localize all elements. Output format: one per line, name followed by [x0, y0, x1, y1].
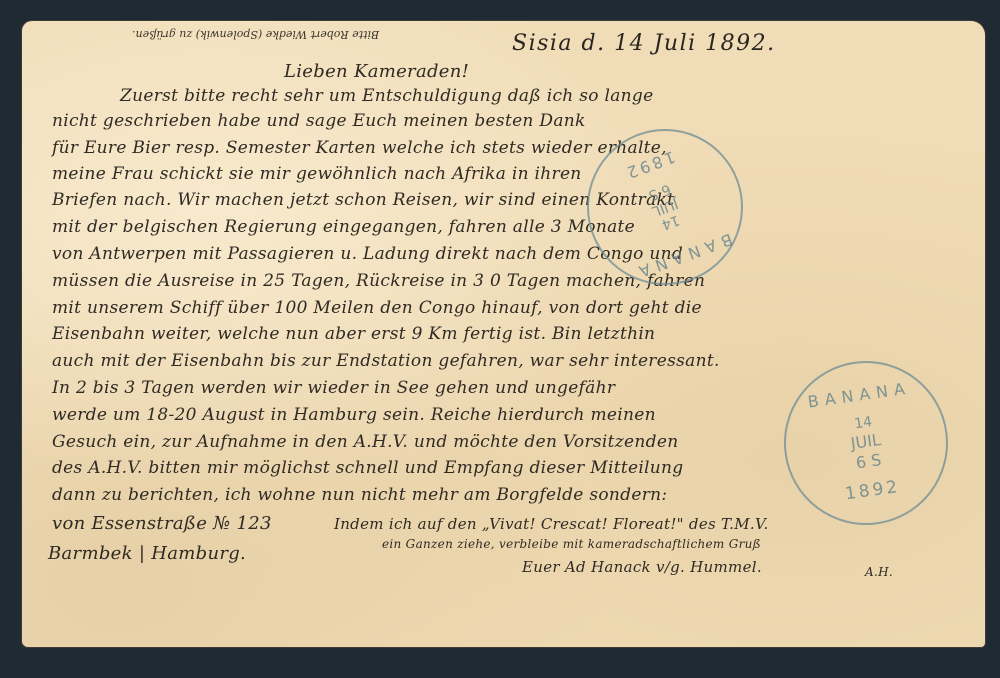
letter-line-14: Gesuch ein, zur Aufnahme in den A.H.V. u… — [52, 432, 678, 452]
letter-line-4: meine Frau schickt sie mir gewöhnlich na… — [52, 164, 582, 184]
letter-line-7: von Antwerpen mit Passagieren u. Ladung … — [52, 244, 683, 264]
letter-line-10: Eisenbahn weiter, welche nun aber erst 9… — [52, 324, 655, 344]
letter-line-16: dann zu berichten, ich wohne nun nicht m… — [52, 485, 667, 505]
inverted-note: Bitte Robert Wiedke (Spolenwik) zu grüße… — [132, 28, 379, 41]
letter-line-13: werde um 18-20 August in Hamburg sein. R… — [52, 405, 656, 425]
letter-line-1: Zuerst bitte recht sehr um Entschuldigun… — [120, 86, 653, 106]
postcard: Bitte Robert Wiedke (Spolenwik) zu grüße… — [22, 21, 985, 647]
letter-line-8: müssen die Ausreise in 25 Tagen, Rückrei… — [52, 271, 705, 291]
letter-line-15: des A.H.V. bitten mir möglichst schnell … — [52, 458, 683, 478]
address-city: Barmbek | Hamburg. — [48, 543, 246, 564]
letter-line-3: für Eure Bier resp. Semester Karten welc… — [52, 138, 667, 158]
letter-line-12: In 2 bis 3 Tagen werden wir wieder in Se… — [52, 378, 615, 398]
address-street: von Essenstraße № 123 — [52, 513, 272, 534]
letter-line-6: mit der belgischen Regierung eingegangen… — [52, 217, 635, 237]
closing-line-2: ein Ganzen ziehe, verbleibe mit kamerads… — [382, 537, 761, 551]
place-date: Sisia d. 14 Juli 1892. — [512, 31, 776, 56]
signature: Euer Ad Hanack v/g. Hummel. — [522, 558, 762, 576]
salutation: Lieben Kameraden! — [284, 61, 469, 82]
postmark-stamp-2: BANANA 14 JUIL 6 S 1892 — [773, 350, 958, 535]
initials: A.H. — [865, 565, 893, 579]
closing-line-1: Indem ich auf den „Vivat! Crescat! Flore… — [334, 515, 769, 533]
letter-line-9: mit unserem Schiff über 100 Meilen den C… — [52, 298, 702, 318]
postmark-year: 1892 — [792, 471, 953, 510]
letter-line-2: nicht geschrieben habe und sage Euch mei… — [52, 111, 586, 131]
letter-line-11: auch mit der Eisenbahn bis zur Endstatio… — [52, 351, 720, 371]
